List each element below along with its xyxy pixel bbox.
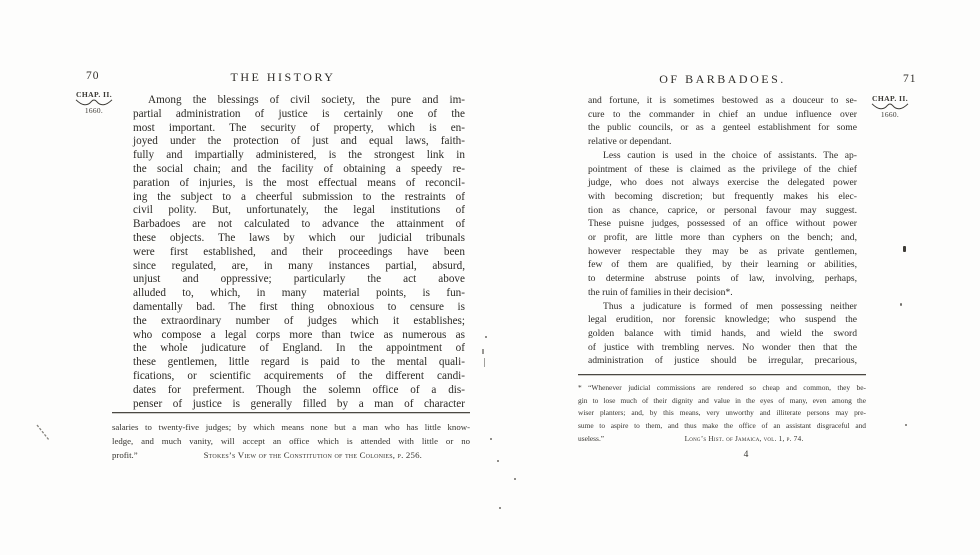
footnote-left: salaries to twenty-five judges; by which… xyxy=(112,412,470,462)
chapter-year: 1660. xyxy=(862,110,918,119)
book-scan: 70 THE HISTORY CHAP. II. 1660. Among the… xyxy=(0,0,980,555)
body-text-line: fully and impartially administered, is t… xyxy=(133,149,465,163)
footnote-line: sume to aspire to them, and thus make th… xyxy=(578,420,866,433)
scan-speck xyxy=(499,507,501,509)
body-text-line: joyed under the protection of just and e… xyxy=(133,135,465,149)
signature-mark: 4 xyxy=(578,449,866,462)
body-text-line: tion as chance, caprice, or personal fav… xyxy=(588,204,857,218)
body-text-line: however respectable they may be as priva… xyxy=(588,245,857,259)
scan-speck xyxy=(900,303,902,306)
body-text-line: These puisne judges, possessed of an off… xyxy=(588,217,857,231)
left-page: 70 THE HISTORY CHAP. II. 1660. Among the… xyxy=(0,0,490,555)
footnote-citation-line: profit.” Stokes’s View of the Constituti… xyxy=(112,448,470,462)
body-text-line: Among the blessings of civil society, th… xyxy=(133,94,465,108)
citation-long: Long’s Hist. of Jamaica, vol. 1, p. 74. xyxy=(667,433,804,446)
body-text-line: dates for preferment. Though the solemn … xyxy=(133,384,465,398)
chapter-year: 1660. xyxy=(66,106,122,115)
body-text-line: pointment of these is claimed as the pri… xyxy=(588,163,857,177)
body-text-line: the ruin of families in their decision*. xyxy=(588,286,857,300)
body-text-line: administration of justice should be irre… xyxy=(588,354,857,368)
body-text-line: damentally bad. The first thing obnoxiou… xyxy=(133,301,465,315)
body-text-line: cure to the commander in chief an undue … xyxy=(588,108,857,122)
scan-speck xyxy=(497,460,499,462)
body-text-line: partial administration of justice is cer… xyxy=(133,108,465,122)
body-text-line: golden balance with timid hands, and wie… xyxy=(588,327,857,341)
body-text-line: the public councils, or as a genteel est… xyxy=(588,121,857,135)
body-text-line: relative or dependant. xyxy=(588,135,857,149)
footnote-citation-line: useless.” Long’s Hist. of Jamaica, vol. … xyxy=(578,433,866,446)
body-text-line: alluded to, which, in many material poin… xyxy=(133,287,465,301)
chapter-margin-note-right: CHAP. II. 1660. xyxy=(862,94,918,119)
body-text-line: who compose a legal corps more than twic… xyxy=(133,329,465,343)
body-text-line: the social chain; and the facility of ob… xyxy=(133,163,465,177)
body-text-line: judge, who does not always exercise the … xyxy=(588,176,857,190)
body-text-line: unjust and oppressive; particularly the … xyxy=(133,273,465,287)
body-text-line: ing the subject to a cheerful submission… xyxy=(133,191,465,205)
body-text-line: since regulated, are, in many instances … xyxy=(133,260,465,274)
scan-speck xyxy=(514,478,516,480)
footnote-rule xyxy=(112,412,470,413)
body-text-line: few of them are qualified, by their lear… xyxy=(588,258,857,272)
page-number-left: 70 xyxy=(86,70,100,82)
scan-speck xyxy=(485,336,487,338)
body-text-line: the whole judicature of England. In the … xyxy=(133,342,465,356)
body-text-line: the extraordinary number of judges which… xyxy=(133,315,465,329)
body-text-line: these objects. The laws by which our jud… xyxy=(133,232,465,246)
scan-speck xyxy=(905,424,907,426)
chapter-margin-note-left: CHAP. II. 1660. xyxy=(66,90,122,115)
footnote-tail: profit.” xyxy=(112,448,138,462)
footnote-line: * “Whenever judicial commissions are ren… xyxy=(578,382,866,395)
footnote-tail: useless.” xyxy=(578,433,604,446)
body-text-line: Barbadoes are not calculated to advance … xyxy=(133,218,465,232)
scan-speck xyxy=(484,358,485,367)
body-text-line: were first established, and their procee… xyxy=(133,246,465,260)
footnote-line: gin to lose much of their dignity and va… xyxy=(578,395,866,408)
body-text-line: most important. The security of property… xyxy=(133,122,465,136)
page-body-right: and fortune, it is sometimes bestowed as… xyxy=(588,94,857,368)
right-page: OF BARBADOES. 71 CHAP. II. 1660. and for… xyxy=(490,0,980,555)
running-header-left: THE HISTORY xyxy=(133,70,433,85)
footnote-line: wiser planters; and, by this means, very… xyxy=(578,407,866,420)
scan-speck xyxy=(490,438,492,440)
body-text-line: to determine abstruse points of law, inv… xyxy=(588,272,857,286)
footnote-line: ledge, and much vanity, will accept an o… xyxy=(112,434,470,448)
footnote-lines: salaries to twenty-five judges; by which… xyxy=(112,420,470,448)
body-text-line: with becoming discretion; but frequently… xyxy=(588,190,857,204)
page-number-right: 71 xyxy=(903,73,917,85)
body-text-line: Thus a judicature is formed of men posse… xyxy=(588,300,857,314)
body-text-line: or profit, are little more than cyphers … xyxy=(588,231,857,245)
footnote-right: * “Whenever judicial commissions are ren… xyxy=(578,374,866,461)
body-text-line: penser of justice is generally filled by… xyxy=(133,398,465,412)
scan-speck xyxy=(482,349,484,354)
body-text-line: these gentlemen, little regard is paid t… xyxy=(133,356,465,370)
running-header-right: OF BARBADOES. xyxy=(588,72,857,87)
footnote-rule xyxy=(578,374,866,375)
scan-speck xyxy=(903,246,906,252)
body-text-line: and fortune, it is sometimes bestowed as… xyxy=(588,94,857,108)
citation-stokes: Stokes’s View of the Constitution of the… xyxy=(186,448,422,462)
pen-mark xyxy=(34,421,54,445)
page-body-left: Among the blessings of civil society, th… xyxy=(133,94,465,411)
footnote-line: salaries to twenty-five judges; by which… xyxy=(112,420,470,434)
body-text-line: paration of injuries, is the most effect… xyxy=(133,177,465,191)
footnote-lines: * “Whenever judicial commissions are ren… xyxy=(578,382,866,433)
body-text-line: legal erudition, nor forensic knowledge;… xyxy=(588,313,857,327)
body-text-line: civil polity. But, unfortunately, the le… xyxy=(133,204,465,218)
body-text-line: fications, or scientific acquirements of… xyxy=(133,370,465,384)
body-text-line: of justice with trembling nerves. No won… xyxy=(588,341,857,355)
body-text-line: Less caution is used in the choice of as… xyxy=(588,149,857,163)
